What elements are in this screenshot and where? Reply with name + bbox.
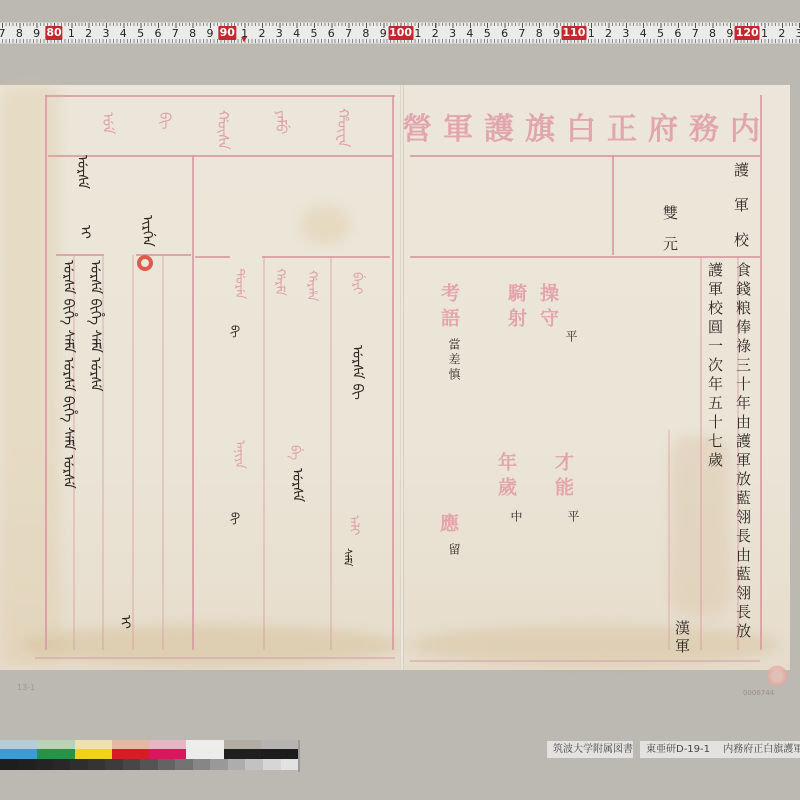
ruler-number: 8 (536, 27, 543, 40)
stamp-number: 0006744 (743, 689, 774, 697)
rule-line (392, 95, 394, 650)
rule-line (48, 155, 393, 157)
gray-step-patch (0, 759, 18, 770)
ruler-number: 5 (484, 27, 491, 40)
rule-line (162, 255, 164, 650)
gray-step-patch (123, 759, 141, 770)
chart-edge (298, 740, 300, 772)
eval-value-decision: 留 (446, 543, 462, 558)
ruler-number: 110 (561, 26, 586, 40)
title-character: 白 (561, 104, 601, 148)
ruler-number: 2 (605, 27, 612, 40)
manchu-ink-text: ᡳ (113, 615, 137, 629)
color-patch (261, 740, 298, 759)
manchu-header-cell: ᡥᡡᠸᠠ (330, 108, 356, 148)
manchu-ink-text: ᠪᡳ (225, 325, 244, 338)
color-patch (186, 740, 223, 759)
ruler-number: 2 (432, 27, 439, 40)
gray-step-patch (228, 759, 246, 770)
item-label: 東亜研D-19-1 内務府正白旗護軍営 10003016 (640, 741, 800, 758)
ruler-number: 9 (380, 27, 387, 40)
manchu-red-label: ᡩᡠᡵᡝᠨ (228, 268, 251, 299)
color-patch (224, 740, 261, 759)
ruler-number: 3 (796, 27, 800, 40)
gray-step-patch (245, 759, 263, 770)
eval-label-decision: 應 (440, 513, 456, 538)
ruler-number: 4 (466, 27, 473, 40)
rule-line (700, 256, 702, 650)
ruler-number: 5 (310, 27, 317, 40)
rank-label: 護軍校 (733, 162, 749, 267)
item-title: 内務府正白旗護軍営 (723, 744, 800, 755)
rule-line (45, 95, 47, 650)
library-name: 筑波大学附属図書館 (553, 744, 633, 755)
gray-step-patch (193, 759, 211, 770)
manchu-ink-text: ᠪᡳ (225, 512, 244, 525)
eval-label-archery: 騎射 (508, 283, 524, 333)
red-seal-mark (137, 255, 153, 271)
color-calibration-chart (0, 740, 298, 773)
rule-line (56, 254, 104, 256)
rule-line (760, 95, 762, 650)
ruler-number: 9 (33, 27, 40, 40)
ruler-number: 7 (692, 27, 699, 40)
rule-line (410, 660, 760, 662)
ruler-number: 120 (735, 26, 760, 40)
gray-step-patch (18, 759, 36, 770)
manchu-red-label: ᡤᠠᡵᡥᠠ (300, 270, 323, 302)
eval-value-remarks: 當差慎 (446, 338, 462, 383)
ruler-pointer-icon (241, 37, 247, 42)
title-character: 營 (397, 104, 437, 148)
rule-line (410, 256, 760, 258)
ruler-number: 2 (778, 27, 785, 40)
title-character: 旗 (520, 104, 560, 148)
ruler-number: 9 (206, 27, 213, 40)
eval-value-age: 中 (508, 510, 524, 525)
ruler-number: 9 (726, 27, 733, 40)
ruler-number: 1 (414, 27, 421, 40)
ruler-number: 4 (120, 27, 127, 40)
ruler-number: 1 (761, 27, 768, 40)
gray-step-patch (175, 759, 193, 770)
ruler-number: 8 (362, 27, 369, 40)
ruler-number: 3 (102, 27, 109, 40)
rule-line (262, 256, 390, 258)
career-text-2: 護軍校圓一次年五十七歲 (707, 262, 722, 471)
gray-step-patch (35, 759, 53, 770)
ruler-number: 6 (154, 27, 161, 40)
rule-line (330, 256, 332, 650)
ruler-number: 100 (388, 26, 413, 40)
manchu-header-cell: ᡤᡡᠰᠠ (210, 110, 236, 150)
ruler-number: 7 (518, 27, 525, 40)
gray-step-patch (70, 759, 88, 770)
ruler-number: 1 (588, 27, 595, 40)
rule-line (132, 255, 134, 650)
eval-label-ability: 才能 (555, 452, 571, 502)
library-seal (766, 665, 788, 687)
ruler-number: 4 (293, 27, 300, 40)
eval-label-conduct: 操守 (540, 283, 556, 333)
title-character: 正 (602, 104, 642, 148)
title-character: 府 (643, 104, 683, 148)
rule-line (612, 155, 614, 255)
manchu-red-label: ᠠᠨᡳᠶᠠ (228, 440, 251, 469)
rule-line (668, 430, 670, 650)
ruler-number: 9 (553, 27, 560, 40)
color-patch (0, 740, 37, 759)
ruler-number: 8 (16, 27, 23, 40)
manchu-ink-text: ᡳᡵᡤᡝᠨ (135, 215, 159, 247)
title-character: 護 (479, 104, 519, 148)
gray-step-patch (88, 759, 106, 770)
gray-step-patch (105, 759, 123, 770)
rule-line (192, 155, 194, 650)
manchu-ink-text: ᡠᡵᠰᡝ (70, 155, 94, 189)
rule-line (410, 155, 760, 157)
library-label: 筑波大学附属図書館 (547, 741, 633, 758)
ruler-number: 7 (172, 27, 179, 40)
eval-value-conduct: 平 (563, 330, 579, 345)
ruler-number: 6 (501, 27, 508, 40)
ruler-number: 5 (657, 27, 664, 40)
gray-step-patch (210, 759, 228, 770)
rule-line (35, 657, 395, 659)
ruler-number: 2 (85, 27, 92, 40)
manchu-ink-text: ᠰᡝᠮᡝ (338, 548, 357, 566)
manchu-header-cell: ᠶᠠᠮᡠ (268, 110, 294, 134)
title-character: 内 (725, 104, 765, 148)
title-character: 軍 (438, 104, 478, 148)
manchu-red-label: ᠪᡝᡵᡳ (345, 272, 368, 294)
manchu-ink-text: ᡳ (73, 225, 97, 239)
call-number: 東亜研D-19-1 (646, 744, 710, 755)
manchu-ink-text: ᡠᡵᠰᡝ (285, 468, 309, 502)
gray-step-patch (281, 759, 299, 770)
ruler-number: 3 (449, 27, 456, 40)
eval-value-ability: 平 (565, 510, 581, 525)
ruler-number: 6 (328, 27, 335, 40)
color-patch (75, 740, 112, 759)
manchu-header-cell: ᠪᡳ (152, 112, 178, 130)
ruler-number: 7 (0, 27, 6, 40)
rule-line (263, 256, 265, 650)
manchu-column: ᡠᡵᠰᡝ ᠪᡳᡥᡝ ᠰᡝᠮᡝ ᡠᡵᠰᡝ ᠪᡳᡥᡝ ᠰᡝᠮᡝ ᡠᡵᠰᡝ (56, 260, 80, 650)
ruler-number: 3 (622, 27, 629, 40)
gray-step-patch (53, 759, 71, 770)
person-name: 雙元 (662, 205, 678, 267)
gray-step-patch (140, 759, 158, 770)
career-text: 食錢粮俸祿三十年由護軍放藍翎長由藍翎長放 (735, 262, 750, 642)
manchu-red-label: ᠠᠯᡳ (342, 515, 365, 535)
color-patch (112, 740, 149, 759)
manchu-red-label: ᡤᠠᡵᠮᡝ (268, 268, 291, 296)
ruler-number: 4 (640, 27, 647, 40)
document-page (0, 85, 790, 670)
ruler-number: 90 (219, 26, 236, 40)
manchu-ink-text: ᡠᡵᠰᡝ ᠪᡳ (345, 345, 369, 400)
rule-line (195, 256, 230, 258)
color-patch (149, 740, 186, 759)
ruler-number: 6 (674, 27, 681, 40)
gray-step-patch (158, 759, 176, 770)
eval-label-remarks: 考語 (441, 283, 457, 333)
ruler-number: 8 (709, 27, 716, 40)
manchu-header-cell: ᡠᡝ (95, 112, 121, 134)
eval-label-age: 年歲 (498, 452, 514, 502)
ruler-number: 2 (258, 27, 265, 40)
page-number: 13-1 (17, 683, 35, 692)
ruler-number: 80 (45, 26, 62, 40)
ruler-number: 3 (276, 27, 283, 40)
color-patch (37, 740, 74, 759)
manchu-column: ᡠᡵᠰᡝ ᠪᡳᡥᡝ ᠰᡝᠮᡝ ᡠᡵᠰᡝ (83, 260, 107, 430)
ruler-number: 8 (189, 27, 196, 40)
title-character: 務 (684, 104, 724, 148)
manchu-red-label: ᠪᡝ (283, 445, 306, 460)
banner-affiliation: 漢軍 (674, 620, 690, 656)
measuring-ruler: 7898012345678990123456789100123456789110… (0, 22, 800, 44)
gray-step-patch (263, 759, 281, 770)
page-fold (400, 85, 404, 670)
rule-line (45, 95, 395, 97)
ruler-number: 5 (137, 27, 144, 40)
ruler-number: 1 (68, 27, 75, 40)
ruler-number: 7 (345, 27, 352, 40)
